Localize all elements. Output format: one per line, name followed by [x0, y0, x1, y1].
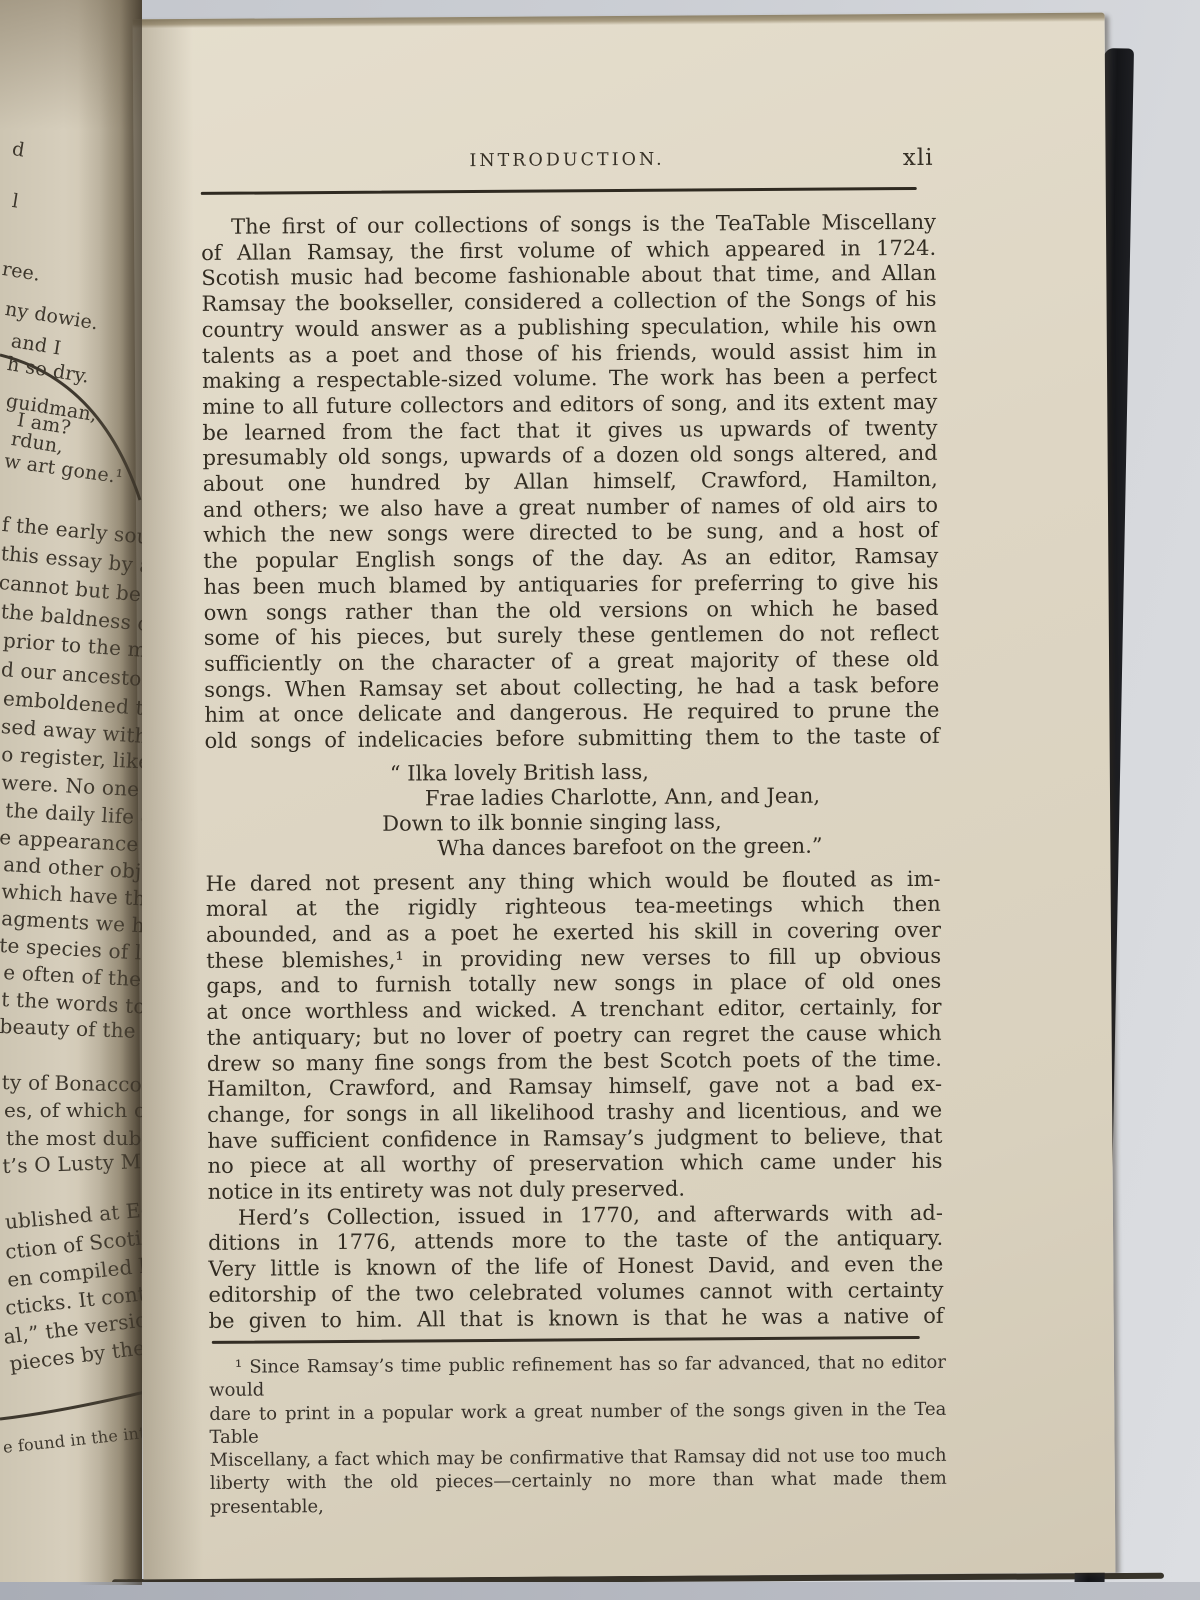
page-fragment: es, of which only s	[4, 1098, 142, 1122]
paragraph: He dared not present any thing which wou…	[206, 866, 943, 1205]
main-page: INTRODUCTION. xli The first of our colle…	[133, 13, 1116, 1580]
paragraph: The first of our collections of songs is…	[201, 210, 940, 755]
verse-line: Wha dances barefoot on the green.”	[205, 833, 940, 863]
footnote-line: dare to print in a popular work a great …	[209, 1397, 946, 1449]
footnote: ¹ Since Ramsay’s time public refinement …	[209, 1351, 947, 1519]
body-line: no piece at all worthy of preservation w…	[207, 1149, 942, 1180]
body-line: old songs of indelicacies before submitt…	[205, 724, 940, 755]
paragraph: Herd’s Collection, issued in 1770, and a…	[208, 1201, 944, 1335]
left-page: dlree.ny dowie.and Ih so dry.guidman;I a…	[0, 0, 142, 1585]
table-surface	[0, 1582, 1200, 1600]
page-title: INTRODUCTION.	[199, 148, 936, 173]
footnote-line: ¹ Since Ramsay’s time public refinement …	[209, 1351, 946, 1403]
footnote-line: liberty with the old pieces—certainly no…	[210, 1467, 947, 1519]
body-line: be given to him. All that is known is th…	[209, 1303, 944, 1334]
page-header: INTRODUCTION. xli	[199, 148, 936, 185]
page-number: xli	[903, 145, 934, 171]
verse-block: “ Ilka lovely British lass,Frae ladies C…	[205, 758, 941, 864]
header-rule	[201, 187, 917, 195]
footnote-rule	[212, 1336, 920, 1344]
body-text: The first of our collections of songs is…	[201, 210, 944, 1334]
page-fragment: the most dubious	[6, 1126, 142, 1150]
book-photo: dlree.ny dowie.and Ih so dry.guidman;I a…	[0, 0, 1200, 1600]
left-footnote-rule	[0, 1392, 142, 1419]
page-fragment: ty of Bonaccord in 1	[2, 1070, 142, 1098]
